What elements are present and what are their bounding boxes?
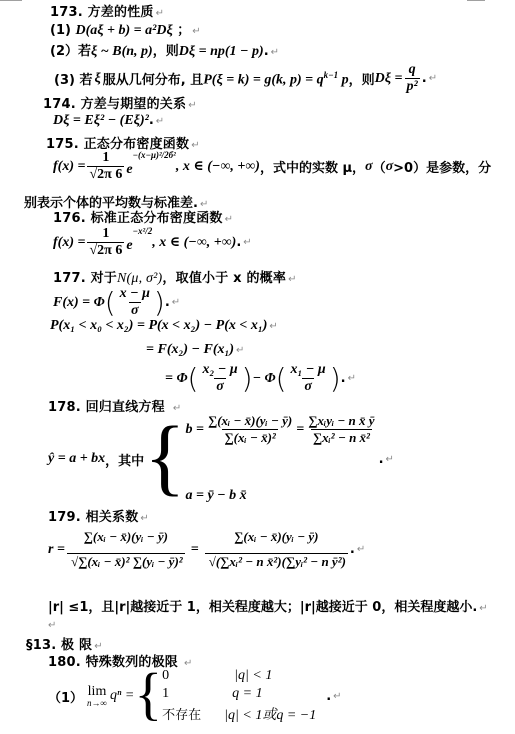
numerator: 1 xyxy=(100,226,111,242)
euler-e: e xyxy=(126,162,132,178)
section-177-line2: = F(x₂) − F(x₁)↵ xyxy=(146,342,244,358)
heading-text: 174. 方差与期望的关系 xyxy=(43,97,186,112)
section-177-F-formula: F(x) = Φ ( x − μσ ) .↵ xyxy=(53,286,180,320)
punct: . xyxy=(326,689,331,704)
radicand: ∑(xᵢ − x̄)² ∑(yᵢ − ȳ)² xyxy=(78,554,183,569)
formula: D(aξ + b) = a²Dξ xyxy=(75,23,172,38)
paren-right: ) xyxy=(242,365,253,393)
paragraph-mark: ↵ xyxy=(172,297,180,308)
text: 服从几何分布, 且 xyxy=(103,69,203,88)
heading-text: ，取值小于 x 的概率 xyxy=(162,271,286,286)
paren-left: ( xyxy=(188,365,199,393)
numerator: x₁ − μ xyxy=(289,362,328,378)
formula: ŷ = a + bx xyxy=(48,451,105,467)
sqrt: √(∑xᵢ² − n x̄²)(∑yᵢ² − n ȳ²) xyxy=(207,553,346,569)
denominator: √∑(xᵢ − x̄)² ∑(yᵢ − ȳ)² xyxy=(67,553,185,570)
formula: , x ∈ (−∞, +∞) xyxy=(176,158,260,175)
text: |r| ≤1，且|r|越接近于 1，相关程度越大；|r|越接近于 0，相关程度越… xyxy=(48,600,477,615)
section-177-title: 177. 对于N(μ, σ²)，取值小于 x 的概率↵ xyxy=(53,267,297,287)
paragraph-mark: ↵ xyxy=(429,73,437,84)
section-179-formula: r = ∑(xᵢ − x̄)(yᵢ − ȳ)√∑(xᵢ − x̄)² ∑(yᵢ … xyxy=(48,530,365,570)
denominator: ∑xᵢ² − n x̄² xyxy=(311,429,372,446)
formula: Dξ = Eξ² − (Eξ)² xyxy=(53,113,149,128)
euler-e: e xyxy=(126,238,132,254)
case-value: 0 xyxy=(162,668,224,684)
radicand: (∑xᵢ² − n x̄²)(∑yᵢ² − n ȳ²) xyxy=(216,554,346,569)
formula: qⁿ = xyxy=(110,688,134,704)
paragraph-mark: ↵ xyxy=(188,100,197,111)
paren-left: ( xyxy=(105,289,116,317)
numerator: q xyxy=(407,62,418,78)
crop-mark-top-right xyxy=(467,0,485,1)
numerator: ∑xᵢyᵢ − n x̄ ȳ xyxy=(306,414,376,429)
text: ，则 xyxy=(349,69,375,88)
section-179-note: |r| ≤1，且|r|越接近于 1，相关程度越大；|r|越接近于 0，相关程度越… xyxy=(48,596,488,615)
formula: = xyxy=(296,422,304,438)
paren-left: ( xyxy=(276,365,287,393)
case-condition: |q| < 1或q = −1 xyxy=(224,704,316,724)
formula: , x ∈ (−∞, +∞) xyxy=(152,234,236,251)
exponent: −(x−μ)²/2б² xyxy=(133,150,176,160)
crop-mark-top-left xyxy=(0,0,22,1)
lim-subscript: n→∞ xyxy=(87,699,107,708)
punct: ； xyxy=(177,23,190,38)
section-173-item3: (3) 若 ξ 服从几何分布, 且 P(ξ = k) = g(k, p) = q… xyxy=(54,62,437,96)
paragraph-mark: ↵ xyxy=(333,691,341,702)
formula: b = xyxy=(185,422,203,438)
case-condition: |q| < 1 xyxy=(224,668,316,684)
formula: P(x₁ < x₀ < x₂) = P(x < x₂) − P(x < x₁) xyxy=(50,318,267,333)
brace-left: { xyxy=(134,665,162,723)
denominator: σ xyxy=(214,378,226,396)
punct: . xyxy=(264,44,269,59)
denominator: √2π 6 xyxy=(87,166,124,184)
cases-block: b = ∑(xᵢ − x̄)(yᵢ − ȳ)∑(xᵢ − x̄)² = ∑xᵢy… xyxy=(185,414,378,504)
brace-left: { xyxy=(144,413,185,499)
text: ，式中的实数 μ， xyxy=(260,157,365,176)
numerator: ∑(xᵢ − x̄)(yᵢ − ȳ) xyxy=(82,530,170,553)
paragraph-mark: ↵ xyxy=(225,214,234,225)
item-label: (3) 若 xyxy=(54,69,92,88)
formula: = Φ xyxy=(165,371,188,387)
case-value: 不存在 xyxy=(162,704,224,724)
numerator: ∑(xᵢ − x̄)(yᵢ − ȳ) xyxy=(232,530,320,553)
punct: . xyxy=(379,452,384,467)
fraction: ∑(xᵢ − x̄)(yᵢ − ȳ)√(∑xᵢ² − n x̄²)(∑yᵢ² −… xyxy=(205,530,348,570)
fraction: x₂ − μσ xyxy=(200,362,239,396)
section-175-formula: f(x) = 1√2π 6 e −(x−μ)²/2б² , x ∈ (−∞, +… xyxy=(53,150,491,184)
formula: a = ȳ − b x̄ xyxy=(185,488,378,504)
punct: . xyxy=(350,542,355,557)
text: >0）是参数，分 xyxy=(393,157,491,176)
paragraph-mark: ↵ xyxy=(156,116,164,127)
empty-paragraph: ↵ xyxy=(46,613,56,632)
formula: − Φ xyxy=(253,371,276,387)
punct: . xyxy=(422,71,427,86)
denominator: √(∑xᵢ² − n x̄²)(∑yᵢ² − n ȳ²) xyxy=(205,553,348,570)
section-177-line3: = Φ ( x₂ − μσ ) − Φ ( x₁ − μσ ) .↵ xyxy=(165,362,356,396)
denominator: √2π 6 xyxy=(87,242,124,260)
item-label: （1） xyxy=(48,687,83,706)
text: ，其中 xyxy=(105,450,144,469)
punct: . xyxy=(236,235,241,250)
formula: N(μ, σ²) xyxy=(117,271,162,286)
punct: . xyxy=(165,295,170,310)
denominator: σ xyxy=(302,378,314,396)
paragraph-mark: ↵ xyxy=(386,454,394,465)
formula-part: p xyxy=(342,72,349,87)
fraction: ∑xᵢyᵢ − n x̄ ȳ∑xᵢ² − n x̄² xyxy=(306,414,376,446)
formula: Dξ = np(1 − p) xyxy=(179,44,264,59)
formula: = xyxy=(191,542,199,558)
denominator: ∑(xᵢ − x̄)² xyxy=(222,429,277,446)
section-174-title: 174. 方差与期望的关系↵ xyxy=(43,93,197,112)
formula: f(x) = xyxy=(53,159,85,175)
formula: P(ξ = k) = g(k, p) = qk−1 p xyxy=(203,70,348,89)
paragraph-mark: ↵ xyxy=(271,47,279,58)
fraction: x₁ − μσ xyxy=(289,362,328,396)
paragraph-mark: ↵ xyxy=(236,345,244,356)
paragraph-mark: ↵ xyxy=(269,321,277,332)
paragraph-mark: ↵ xyxy=(479,603,487,614)
numerator: x − μ xyxy=(118,286,152,302)
section-174-formula: Dξ = Eξ² − (Eξ)².↵ xyxy=(53,113,164,129)
paragraph-mark: ↵ xyxy=(156,8,165,19)
section-179-title: 179. 相关系数↵ xyxy=(48,506,149,525)
fraction: qp² xyxy=(405,62,420,96)
fraction: ∑(xᵢ − x̄)(yᵢ − ȳ)√∑(xᵢ − x̄)² ∑(yᵢ − ȳ)… xyxy=(67,530,185,570)
heading-text: 177. 对于 xyxy=(53,271,117,286)
lim-operator: lim xyxy=(88,685,107,699)
paragraph-mark: ↵ xyxy=(348,373,356,384)
paren-right: ) xyxy=(154,289,165,317)
denominator: p² xyxy=(405,78,420,96)
formula: f(x) = xyxy=(53,235,85,251)
item-label: (2）若 xyxy=(50,44,91,59)
formula-part: P(ξ = k) = g(k, p) = q xyxy=(203,72,323,87)
item-label: (1) xyxy=(50,23,71,38)
cases-block: 0 |q| < 1 1 q = 1 不存在 |q| < 1或q = −1 xyxy=(162,668,316,724)
formula: r = xyxy=(48,542,65,558)
exponent: −x²/2 xyxy=(133,226,153,236)
fraction: x − μσ xyxy=(118,286,152,320)
paragraph-mark: ↵ xyxy=(48,620,56,631)
section-177-line1: P(x₁ < x₀ < x₂) = P(x < x₂) − P(x < x₁)↵ xyxy=(50,318,278,334)
punct: . xyxy=(149,113,154,128)
formula: σ xyxy=(386,159,394,175)
section-180-item1: （1） lim n→∞ qⁿ = { 0 |q| < 1 1 q = 1 不存在… xyxy=(48,670,342,722)
exponent: k−1 xyxy=(324,70,338,80)
numerator: 1 xyxy=(100,150,111,166)
fraction: 1√2π 6 xyxy=(87,150,124,184)
numerator: ∑(xᵢ − x̄)(yᵢ − ȳ) xyxy=(206,414,294,429)
case-condition: q = 1 xyxy=(224,686,316,702)
case-value: 1 xyxy=(162,686,224,702)
punct: . xyxy=(341,371,346,386)
numerator: x₂ − μ xyxy=(200,362,239,378)
heading-text: 176. 标准正态分布密度函数 xyxy=(53,211,223,226)
paragraph-mark: ↵ xyxy=(288,274,297,285)
formula: = F(x₂) − F(x₁) xyxy=(146,342,234,357)
section-176-title: 176. 标准正态分布密度函数↵ xyxy=(53,207,233,226)
formula: ξ xyxy=(94,71,100,87)
section-173-item1: (1) D(aξ + b) = a²Dξ ；↵ xyxy=(50,19,201,39)
paragraph-mark: ↵ xyxy=(140,513,149,524)
paragraph-mark: ↵ xyxy=(192,26,200,37)
paragraph-mark: ↵ xyxy=(243,237,251,248)
formula: ξ ~ B(n, p) xyxy=(91,44,153,59)
section-176-formula: f(x) = 1√2π 6 e −x²/2 , x ∈ (−∞, +∞) .↵ xyxy=(53,226,252,260)
paragraph-mark: ↵ xyxy=(357,544,365,555)
text: （ xyxy=(373,157,386,176)
text: ，则 xyxy=(153,44,179,59)
heading-text: 179. 相关系数 xyxy=(48,510,138,525)
sqrt: √∑(xᵢ − x̄)² ∑(yᵢ − ȳ)² xyxy=(69,553,183,569)
section-173-item2: (2）若ξ ~ B(n, p)，则Dξ = np(1 − p).↵ xyxy=(50,40,279,60)
heading-text: 173. 方差的性质 xyxy=(50,5,154,20)
fraction: 1√2π 6 xyxy=(87,226,124,260)
b-row: b = ∑(xᵢ − x̄)(yᵢ − ȳ)∑(xᵢ − x̄)² = ∑xᵢy… xyxy=(185,414,378,446)
fraction: ∑(xᵢ − x̄)(yᵢ − ȳ)∑(xᵢ − x̄)² xyxy=(206,414,294,446)
paren-right: ) xyxy=(330,365,341,393)
section-178-formula: ŷ = a + bx ，其中 { b = ∑(xᵢ − x̄)(yᵢ − ȳ)∑… xyxy=(48,414,394,504)
formula: F(x) = Φ xyxy=(53,295,105,311)
formula: σ xyxy=(365,159,373,175)
limit: lim n→∞ xyxy=(87,685,107,708)
section-173-title: 173. 方差的性质↵ xyxy=(50,1,164,20)
formula: Dξ = xyxy=(375,71,403,87)
